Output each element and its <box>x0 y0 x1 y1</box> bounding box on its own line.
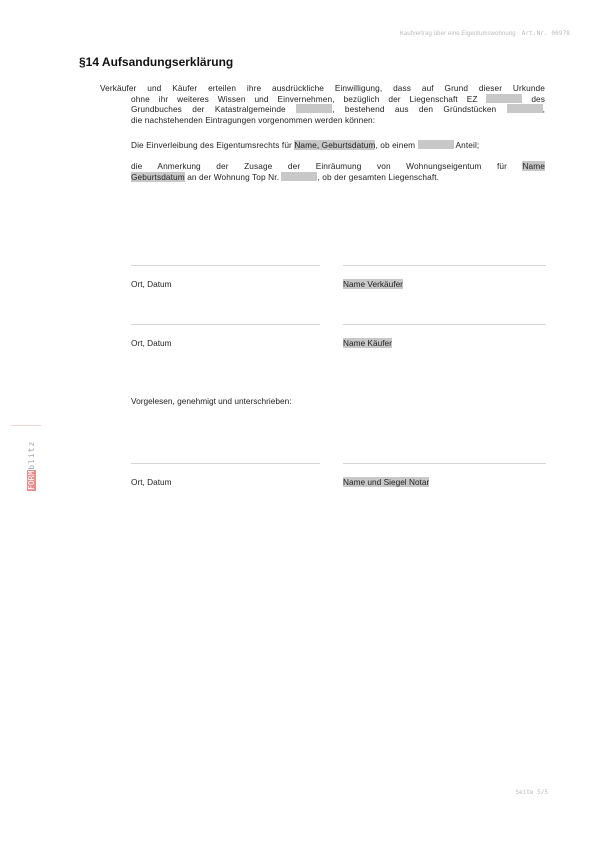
name-field[interactable]: Name <box>522 161 545 171</box>
signature-line <box>131 463 320 464</box>
seller-name-field[interactable]: Name Verkäufer <box>343 279 403 289</box>
katastralgemeinde-blank-field[interactable] <box>296 104 332 113</box>
margin-mark <box>11 425 41 426</box>
top-nr-blank-field[interactable] <box>281 172 317 181</box>
page-header: Kaufvertrag über eine EigentumswohnungAr… <box>400 30 570 37</box>
signature-line <box>343 265 546 266</box>
formblitz-watermark: FORMblitz <box>27 427 41 491</box>
article-number: Art.Nr. 06978 <box>522 30 570 37</box>
place-date-label: Ort, Datum <box>131 279 172 289</box>
brand-form: FORM <box>27 470 36 491</box>
consent-paragraph: Verkäufer und Käufer erteilen ihre ausdr… <box>100 83 545 125</box>
notary-name-seal-field[interactable]: Name und Siegel Notar <box>343 477 429 487</box>
name-birthdate-field[interactable]: Name, Geburtsdatum <box>294 140 375 150</box>
read-approved-note: Vorgelesen, genehmigt und unterschrieben… <box>131 396 292 406</box>
paragraph-line: die nachstehenden Eintragungen vorgenomm… <box>100 115 545 126</box>
birthdate-field[interactable]: Geburtsdatum <box>131 172 185 182</box>
page-number: Seite 5/5 <box>515 789 548 796</box>
signature-line <box>131 324 320 325</box>
anmerkung-paragraph: die Anmerkung der Zusage der Einräumung … <box>131 161 545 182</box>
paragraph-line: Verkäufer und Käufer erteilen ihre ausdr… <box>100 83 545 94</box>
signature-line <box>343 324 546 325</box>
signature-line <box>131 265 320 266</box>
grundstuecke-blank-field[interactable] <box>507 104 543 113</box>
signature-line <box>343 463 546 464</box>
place-date-label: Ort, Datum <box>131 338 172 348</box>
section-title: §14 Aufsandungserklärung <box>79 55 233 69</box>
ez-blank-field[interactable] <box>486 94 522 103</box>
einverleibung-paragraph: Die Einverleibung des Eigentumsrechts fü… <box>131 140 545 151</box>
buyer-name-field[interactable]: Name Käufer <box>343 338 392 348</box>
brand-blitz: blitz <box>27 441 36 470</box>
paragraph-line: Grundbuches der Katastralgemeinde , best… <box>100 104 545 115</box>
header-title: Kaufvertrag über eine Eigentumswohnung <box>400 31 516 37</box>
place-date-label: Ort, Datum <box>131 477 172 487</box>
share-blank-field[interactable] <box>418 140 454 149</box>
paragraph-line: ohne ihr weiteres Wissen und Einvernehme… <box>100 94 545 105</box>
